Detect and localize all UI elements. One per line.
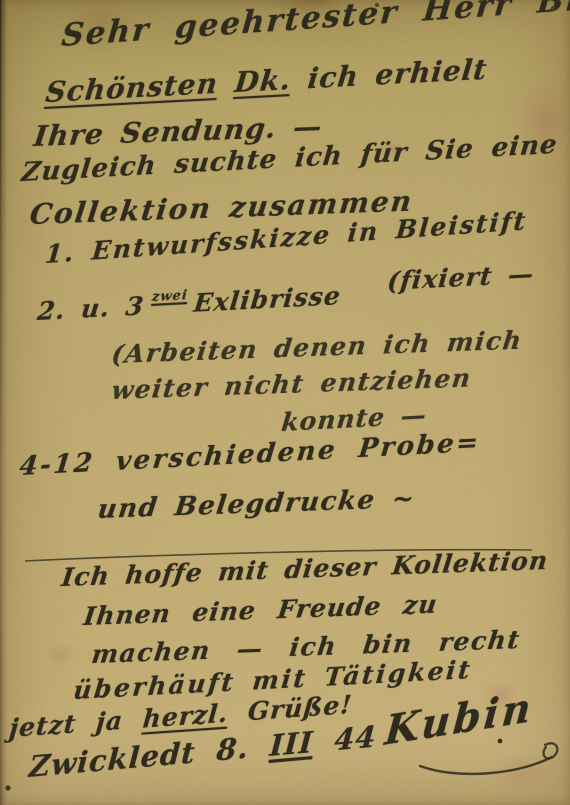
underlined-word: herzl. [142, 698, 230, 733]
item-numbers: 2. u. 3 [36, 291, 146, 326]
underlined-word: Dk. [233, 63, 293, 99]
superscript-word: zwei [151, 288, 188, 305]
month-roman-numeral: III [269, 725, 315, 763]
page-gutter-shadow [0, 0, 7, 805]
scanned-letter: Sehr geehrtester Herr Brunck Schönsten D… [0, 0, 570, 805]
day: 8. [215, 730, 250, 767]
year: 44 [333, 719, 378, 757]
